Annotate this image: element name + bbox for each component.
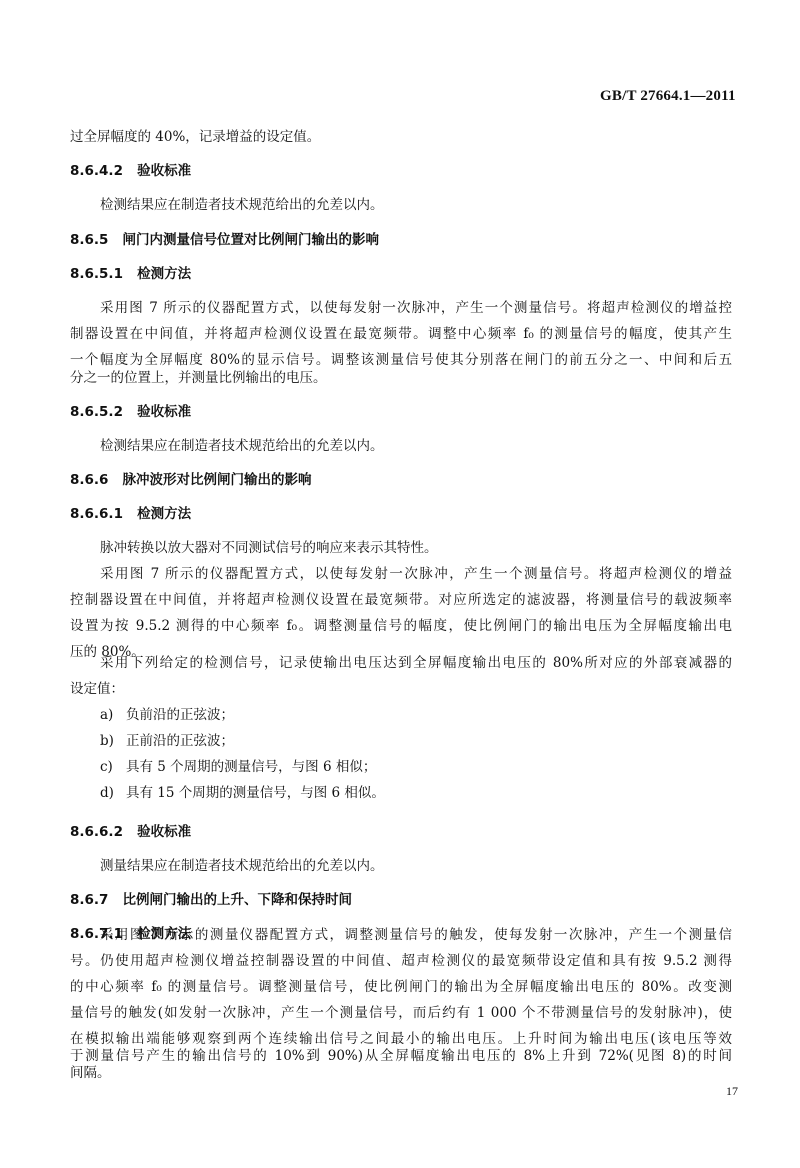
paragraph: 采用图 7 所示的测量仪器配置方式，调整测量信号的触发，使每发射一次脉冲，产生一… — [100, 926, 732, 944]
paragraph: 检测结果应在制造者技术规范给出的允差以内。 — [100, 196, 384, 214]
list-marker: d) — [100, 784, 126, 802]
section-heading-8-6-5-1: 8.6.5.1 检测方法 — [70, 265, 191, 283]
body-text-line: 间隔。 — [70, 1064, 111, 1082]
section-heading-8-6-5: 8.6.5 闸门内测量信号位置对比例闸门输出的影响 — [70, 231, 379, 249]
section-title: 验收标准 — [137, 404, 191, 420]
paragraph: 采用下列给定的检测信号，记录使输出电压达到全屏幅度输出电压的 80%所对应的外部… — [100, 654, 732, 672]
body-text-line: 设置为按 9.5.2 测得的中心频率 f₀。调整测量信号的幅度，使比例闸门的输出… — [70, 617, 732, 635]
section-number: 8.6.6.2 — [70, 824, 123, 840]
body-text-line: 在模拟输出端能够观察到两个连续输出信号之间最小的输出电压。上升时间为输出电压(该… — [70, 1030, 732, 1048]
section-number: 8.6.6 — [70, 472, 108, 488]
paragraph: 测量结果应在制造者技术规范给出的允差以内。 — [100, 857, 384, 875]
body-text-line: 控制器设置在中间值，并将超声检测仪设置在最宽频带。对应所选定的滤波器，将测量信号… — [70, 591, 732, 609]
section-number: 8.6.5.1 — [70, 266, 123, 282]
section-title: 闸门内测量信号位置对比例闸门输出的影响 — [123, 232, 380, 248]
section-title: 检测方法 — [137, 266, 191, 282]
section-heading-8-6-6: 8.6.6 脉冲波形对比例闸门输出的影响 — [70, 471, 312, 489]
list-item-b: b)正前沿的正弦波； — [100, 732, 234, 750]
list-item-c: c)具有 5 个周期的测量信号，与图 6 相似； — [100, 758, 376, 776]
body-text-line: 的中心频率 f₀ 的测量信号。调整测量信号，使比例闸门的输出为全屏幅度输出电压的… — [70, 978, 732, 996]
body-text-line: 于测量信号产生的输出信号的 10%到 90%)从全屏幅度输出电压的 8%上升到 … — [70, 1047, 732, 1065]
section-number: 8.6.7 — [70, 892, 108, 908]
paragraph: 采用图 7 所示的仪器配置方式，以使每发射一次脉冲，产生一个测量信号。将超声检测… — [100, 299, 732, 317]
paragraph: 脉冲转换以放大器对不同测试信号的响应来表示其特性。 — [100, 539, 438, 557]
page-number: 17 — [726, 1084, 738, 1099]
body-text-line: 分之一的位置上，并测量比例输出的电压。 — [70, 369, 327, 387]
section-number: 8.6.5 — [70, 232, 108, 248]
paragraph: 采用图 7 所示的仪器配置方式，以使每发射一次脉冲，产生一个测量信号。将超声检测… — [100, 565, 732, 583]
list-marker: b) — [100, 732, 126, 750]
section-title: 检测方法 — [137, 506, 191, 522]
section-heading-8-6-6-2: 8.6.6.2 验收标准 — [70, 823, 191, 841]
list-item-d: d)具有 15 个周期的测量信号，与图 6 相似。 — [100, 784, 385, 802]
section-number: 8.6.4.2 — [70, 163, 123, 179]
list-item-text: 正前沿的正弦波； — [126, 733, 234, 749]
body-text-line: 一个幅度为全屏幅度 80%的显示信号。调整该测量信号使其分别落在闸门的前五分之一… — [70, 351, 732, 369]
list-marker: c) — [100, 758, 126, 776]
list-marker: a) — [100, 706, 126, 724]
body-text-line: 设定值： — [70, 680, 124, 698]
section-title: 比例闸门输出的上升、下降和保持时间 — [123, 892, 353, 908]
section-heading-8-6-6-1: 8.6.6.1 检测方法 — [70, 505, 191, 523]
section-heading-8-6-4-2: 8.6.4.2 验收标准 — [70, 162, 191, 180]
list-item-text: 具有 15 个周期的测量信号，与图 6 相似。 — [126, 785, 385, 801]
section-title: 脉冲波形对比例闸门输出的影响 — [123, 472, 312, 488]
section-title: 验收标准 — [137, 824, 191, 840]
section-number: 8.6.5.2 — [70, 404, 123, 420]
section-heading-8-6-7: 8.6.7 比例闸门输出的上升、下降和保持时间 — [70, 891, 352, 909]
standard-id-header: GB/T 27664.1—2011 — [600, 88, 736, 105]
body-text-line: 量信号的触发(如发射一次脉冲，产生一个测量信号，而后约有 1 000 个不带测量… — [70, 1004, 732, 1022]
body-text-line: 过全屏幅度的 40%，记录增益的设定值。 — [70, 128, 320, 146]
section-title: 验收标准 — [137, 163, 191, 179]
list-item-a: a)负前沿的正弦波； — [100, 706, 234, 724]
section-heading-8-6-5-2: 8.6.5.2 验收标准 — [70, 403, 191, 421]
body-text-line: 制器设置在中间值，并将超声检测仪设置在最宽频带。调整中心频率 f₀ 的测量信号的… — [70, 325, 732, 343]
paragraph: 检测结果应在制造者技术规范给出的允差以内。 — [100, 437, 384, 455]
list-item-text: 负前沿的正弦波； — [126, 707, 234, 723]
list-item-text: 具有 5 个周期的测量信号，与图 6 相似； — [126, 759, 376, 775]
body-text-line: 号。仍使用超声检测仪增益控制器设置的中间值、超声检测仪的最宽频带设定值和具有按 … — [70, 952, 732, 970]
section-number: 8.6.6.1 — [70, 506, 123, 522]
